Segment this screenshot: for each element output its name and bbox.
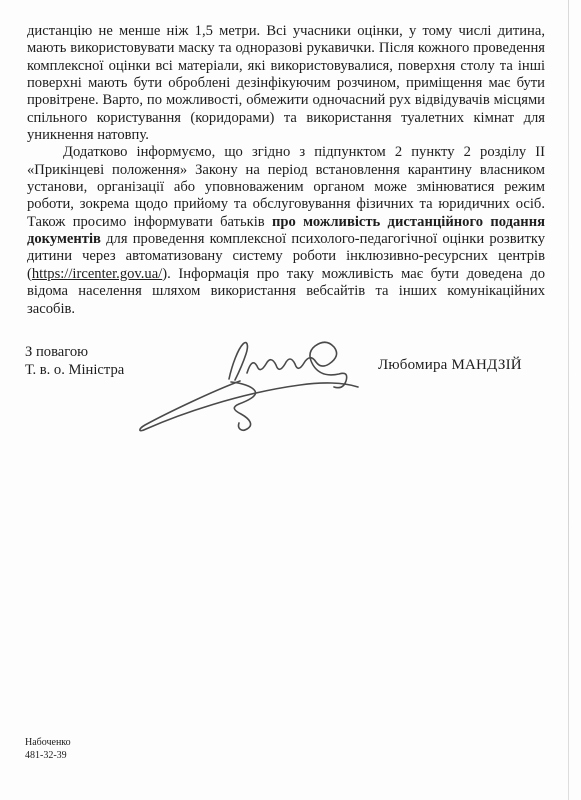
signature-closing-block: З повагою Т. в. о. Міністра — [25, 344, 124, 379]
closing-salutation: З повагою — [25, 344, 124, 362]
handwritten-signature — [135, 333, 370, 445]
signer-name: Любомира МАНДЗІЙ — [378, 357, 522, 374]
signature-initial-stroke — [229, 343, 247, 380]
letter-body: дистанцію не менше ніж 1,5 метри. Всі уч… — [27, 23, 545, 318]
signature-flourish-sweep — [140, 381, 358, 431]
scanned-letter-page: дистанцію не менше ніж 1,5 метри. Всі уч… — [0, 0, 581, 800]
paragraph-2: Додатково інформуємо, що згідно з підпун… — [27, 144, 545, 317]
executor-phone: 481-32-39 — [25, 750, 71, 763]
signature-lower-zigzag — [231, 382, 256, 430]
signer-title: Т. в. о. Міністра — [25, 362, 124, 380]
executor-name: Набоченко — [25, 737, 71, 750]
signature-name-scribble — [247, 342, 347, 388]
executor-footer: Набоченко 481-32-39 — [25, 737, 71, 762]
ircenter-url-link[interactable]: https://ircenter.gov.ua/ — [32, 266, 162, 282]
page-edge-scan-line — [568, 0, 569, 800]
paragraph-1: дистанцію не менше ніж 1,5 метри. Всі уч… — [27, 23, 545, 144]
